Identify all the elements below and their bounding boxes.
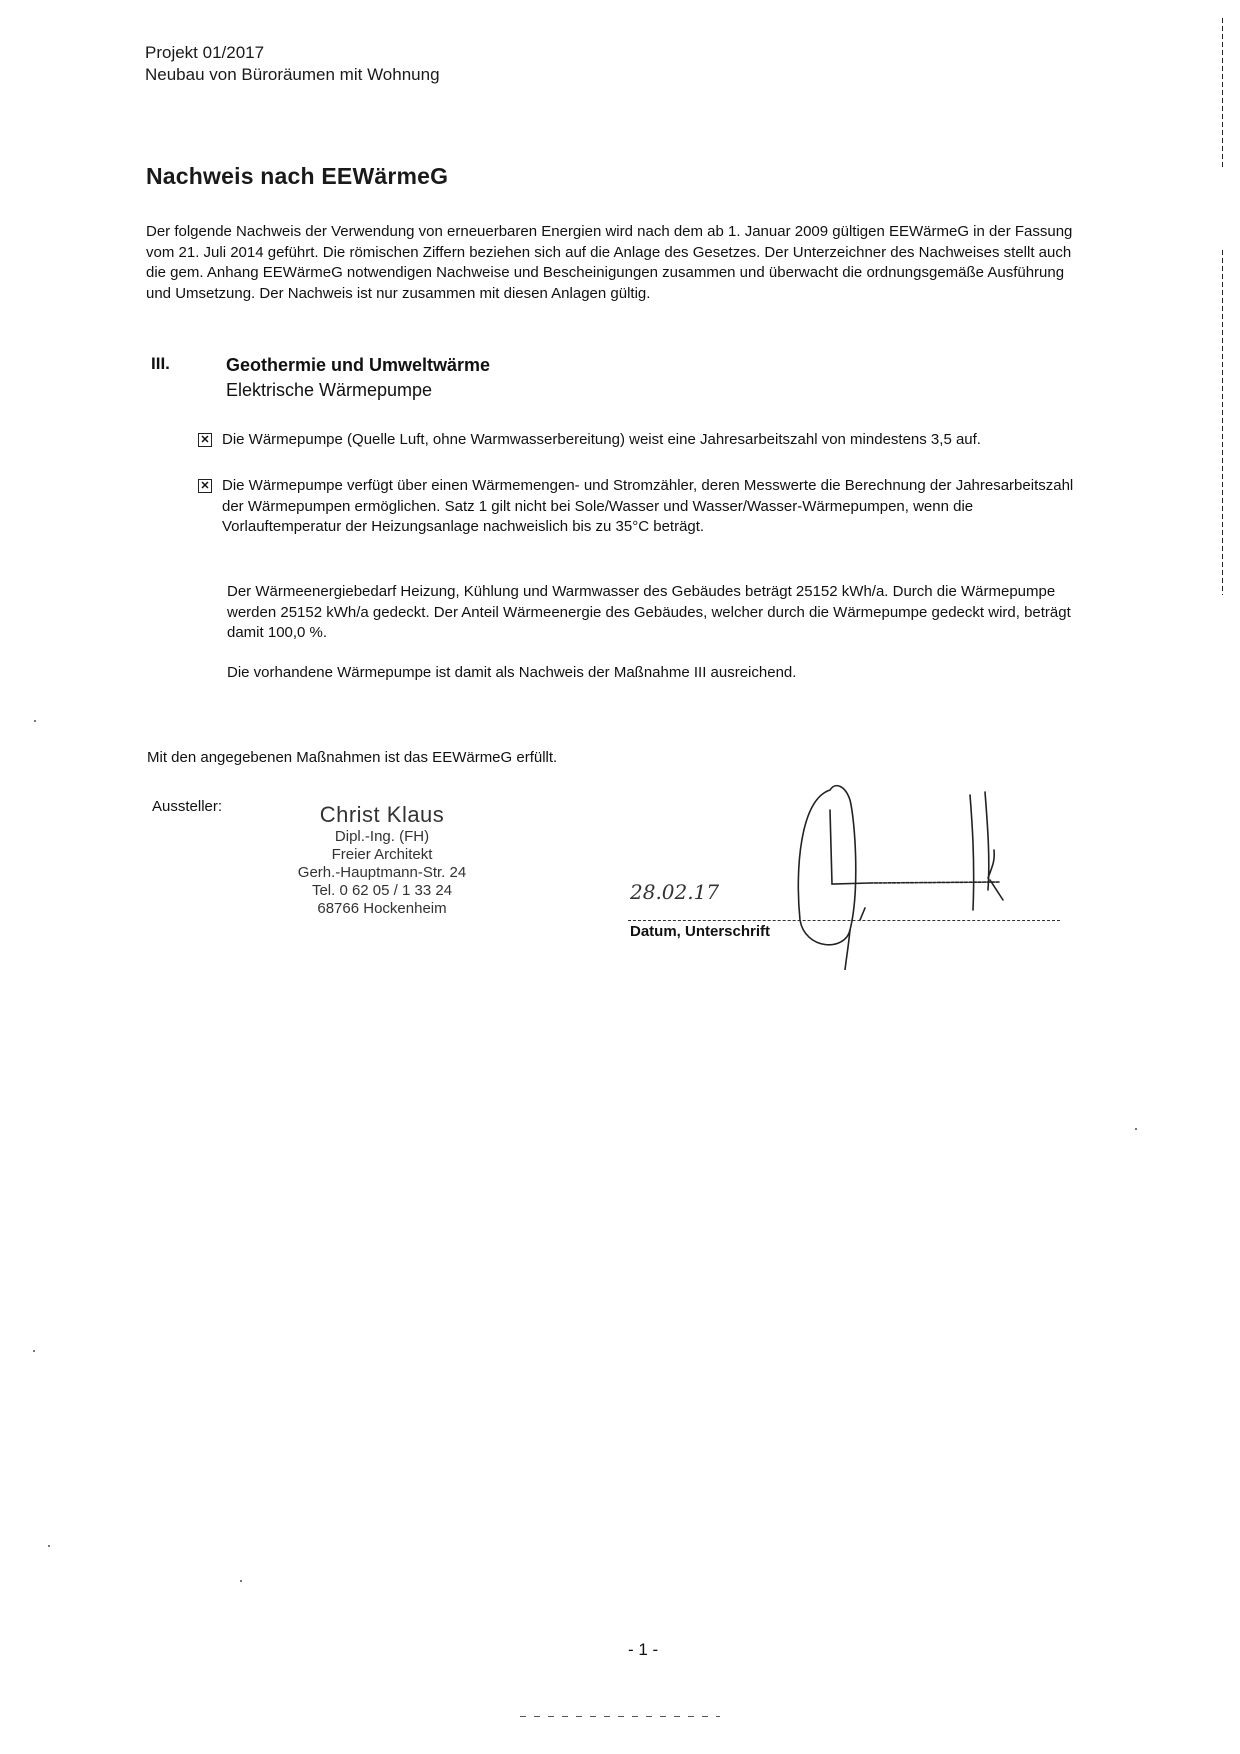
signature-label: Datum, Unterschrift	[630, 923, 770, 940]
energy-demand-paragraph: Der Wärmeenergiebedarf Heizung, Kühlung …	[227, 582, 1087, 644]
checklist-text: Die Wärmepumpe verfügt über einen Wärmem…	[222, 476, 1078, 538]
project-description: Neubau von Büroräumen mit Wohnung	[145, 64, 440, 86]
scan-speck	[34, 720, 36, 722]
section-subtitle: Elektrische Wärmepumpe	[226, 378, 432, 402]
issuer-role: Freier Architekt	[262, 846, 502, 864]
checklist-text: Die Wärmepumpe (Quelle Luft, ohne Warmwa…	[222, 430, 1078, 451]
scan-bottom-artifact	[520, 1716, 720, 1717]
project-number: Projekt 01/2017	[145, 42, 440, 64]
scan-speck	[48, 1545, 50, 1547]
section-title: Geothermie und Umweltwärme	[226, 353, 490, 377]
checked-box-icon: ✕	[198, 433, 212, 447]
closing-statement: Mit den angegebenen Maßnahmen ist das EE…	[147, 749, 557, 766]
issuer-phone: Tel. 0 62 05 / 1 33 24	[262, 882, 502, 900]
scan-edge-line	[1222, 18, 1223, 170]
checklist-item: ✕ Die Wärmepumpe (Quelle Luft, ohne Warm…	[198, 430, 1078, 451]
issuer-street: Gerh.-Hauptmann-Str. 24	[262, 864, 502, 882]
conclusion-paragraph: Die vorhandene Wärmepumpe ist damit als …	[227, 663, 1087, 684]
issuer-degree: Dipl.-Ing. (FH)	[262, 828, 502, 846]
section-number: III.	[151, 354, 170, 374]
checklist-item: ✕ Die Wärmepumpe verfügt über einen Wärm…	[198, 476, 1078, 538]
page-number: - 1 -	[628, 1640, 658, 1660]
handwritten-date: 28.02.17	[630, 880, 719, 904]
document-title: Nachweis nach EEWärmeG	[146, 163, 448, 190]
scan-edge-line	[1222, 250, 1223, 595]
issuer-stamp: Christ Klaus Dipl.-Ing. (FH) Freier Arch…	[262, 802, 502, 918]
issuer-city: 68766 Hockenheim	[262, 900, 502, 918]
issuer-label: Aussteller:	[152, 798, 222, 815]
scan-speck	[240, 1580, 242, 1582]
handwritten-signature-icon	[790, 780, 1050, 975]
scan-speck	[33, 1350, 35, 1352]
issuer-name: Christ Klaus	[262, 802, 502, 828]
document-header: Projekt 01/2017 Neubau von Büroräumen mi…	[145, 42, 440, 86]
intro-paragraph: Der folgende Nachweis der Verwendung von…	[146, 222, 1076, 304]
checked-box-icon: ✕	[198, 479, 212, 493]
scan-speck	[1135, 1128, 1137, 1130]
